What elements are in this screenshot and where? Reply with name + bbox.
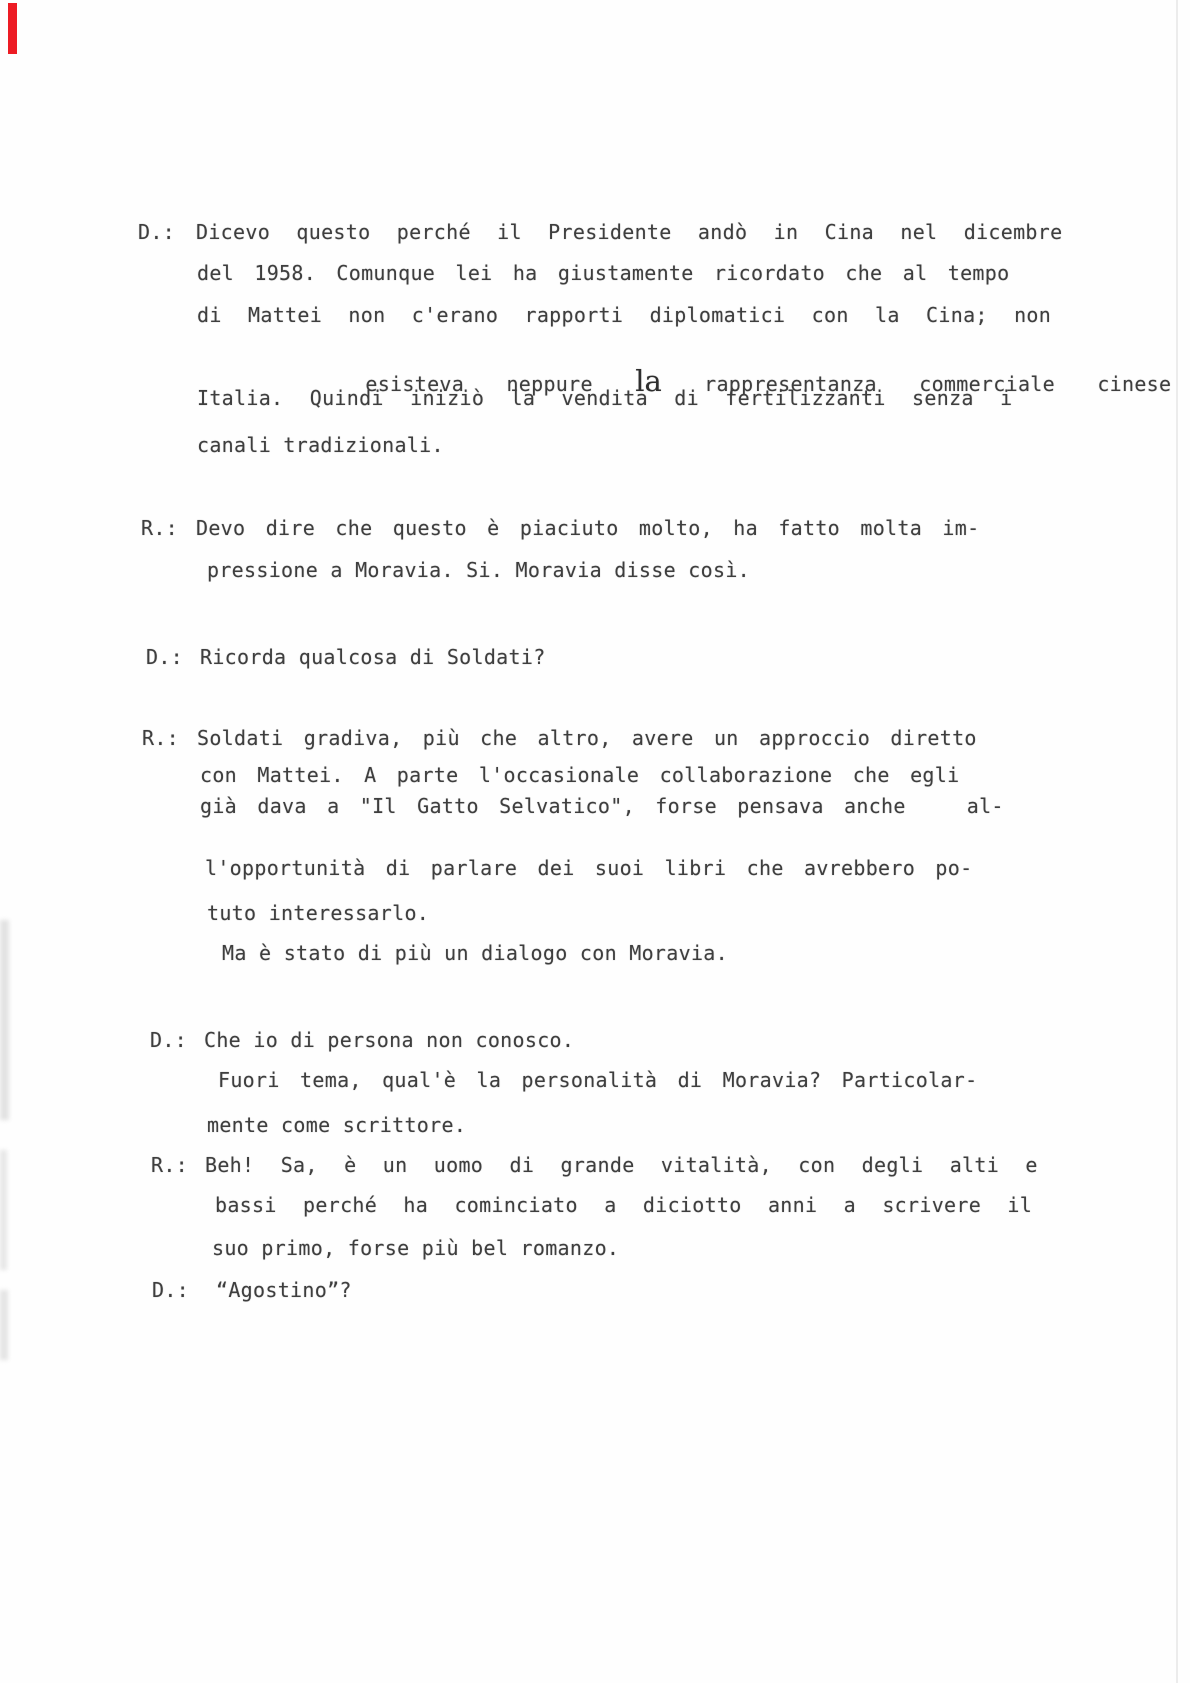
right-edge-scan-line: [1176, 0, 1178, 1683]
transcript-line: Fuori tema, qual'è la personalità di Mor…: [218, 1068, 977, 1092]
transcript-line: Beh! Sa, è un uomo di grande vitalità, c…: [205, 1153, 1038, 1177]
transcript-line: tuto interessarlo.: [207, 901, 429, 925]
transcript-line: Dicevo questo perché il Presidente andò …: [196, 220, 1062, 244]
transcript-line: Italia. Quindi iniziò la vendita di fert…: [197, 386, 1012, 410]
left-edge-smudge: [0, 1150, 7, 1270]
speaker-label: D.:: [152, 1278, 189, 1302]
transcript-line: bassi perché ha cominciato a diciotto an…: [215, 1193, 1032, 1217]
left-edge-smudge: [0, 1290, 8, 1360]
transcript-line: già dava a "Il Gatto Selvatico", forse p…: [200, 794, 1004, 818]
speaker-label: R.:: [142, 726, 179, 750]
red-scan-mark: [8, 3, 17, 54]
speaker-label: R.:: [151, 1153, 188, 1177]
transcript-line: Ma è stato di più un dialogo con Moravia…: [222, 941, 728, 965]
left-edge-smudge: [0, 920, 9, 1120]
transcript-line: Che io di persona non conosco.: [204, 1028, 574, 1052]
transcript-line: con Mattei. A parte l'occasionale collab…: [200, 763, 959, 787]
speaker-label: D.:: [150, 1028, 187, 1052]
transcript-line: l'opportunità di parlare dei suoi libri …: [205, 856, 972, 880]
transcript-line: di Mattei non c'erano rapporti diplomati…: [197, 303, 1051, 327]
speaker-label: R.:: [141, 516, 178, 540]
transcript-line: canali tradizionali.: [197, 433, 444, 457]
speaker-label: D.:: [138, 220, 175, 244]
transcript-line: del 1958. Comunque lei ha giustamente ri…: [197, 261, 1009, 285]
transcript-line: “Agostino”?: [216, 1278, 352, 1302]
transcript-line: Soldati gradiva, più che altro, avere un…: [197, 726, 977, 750]
transcript-line: suo primo, forse più bel romanzo.: [212, 1236, 619, 1260]
transcript-line: mente come scrittore.: [207, 1113, 466, 1137]
transcript-line: Devo dire che questo è piaciuto molto, h…: [196, 516, 979, 540]
transcript-line: pressione a Moravia. Si. Moravia disse c…: [207, 558, 750, 582]
document-page: D.: Dicevo questo perché il Presidente a…: [0, 0, 1190, 1683]
speaker-label: D.:: [146, 645, 183, 669]
transcript-line: Ricorda qualcosa di Soldati?: [200, 645, 546, 669]
